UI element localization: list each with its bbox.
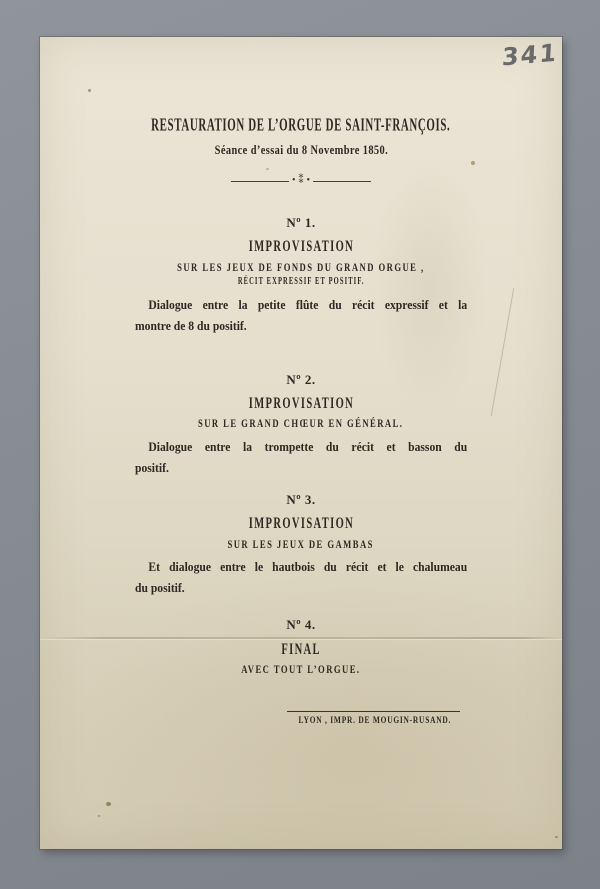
section-4-subheading-1: AVEC TOUT L’ORGUE. [40, 663, 562, 677]
section-2-body-line-2: positif. [135, 457, 467, 478]
section-2-heading-text: IMPROVISATION [248, 395, 353, 414]
paper-crease-line [40, 637, 562, 639]
divider-dot-left-icon: • [292, 176, 296, 186]
section-4-subheading-1-text: AVEC TOUT L’ORGUE. [241, 663, 360, 677]
section-3-subheading-1: SUR LES JEUX DE GAMBAS [40, 538, 562, 552]
paper-stain [106, 802, 111, 806]
section-3-heading: IMPROVISATION [40, 515, 562, 533]
section-3-subheading-1-text: SUR LES JEUX DE GAMBAS [228, 538, 374, 552]
divider-center-icon: ⁑ [299, 176, 304, 186]
section-2-body-line-1: Dialogue entre la trompette du récit et … [135, 436, 467, 457]
section-1-number: Nº 1. [40, 216, 562, 231]
section-2-subheading-1: SUR LE GRAND CHŒUR EN GÉNÉRAL. [40, 417, 562, 431]
section-1-subheading-1: SUR LES JEUX DE FONDS DU GRAND ORGUE , [40, 261, 562, 275]
divider-line-right [313, 181, 371, 182]
imprint-rule [287, 711, 460, 712]
imprint-text: LYON , IMPR. DE MOUGIN-RUSAND. [277, 716, 470, 726]
document-title-text: RESTAURATION DE L’ORGUE DE SAINT-FRANÇOI… [151, 114, 450, 135]
document-subtitle-text: Séance d’essai du 8 Novembre 1850. [214, 143, 387, 158]
section-4-heading: FINAL [40, 641, 562, 659]
divider-line-left [231, 181, 289, 182]
section-2-heading: IMPROVISATION [40, 395, 562, 413]
section-4-number: Nº 4. [40, 618, 562, 633]
section-3-heading-text: IMPROVISATION [248, 515, 353, 534]
document-title: RESTAURATION DE L’ORGUE DE SAINT-FRANÇOI… [40, 115, 562, 135]
paper-stain [88, 89, 91, 92]
section-1-heading-text: IMPROVISATION [248, 238, 353, 257]
section-2-number: Nº 2. [40, 373, 562, 388]
section-3-number: Nº 3. [40, 493, 562, 508]
page-background: { "document": { "archive_number": "341",… [0, 0, 600, 889]
paper-stain [98, 815, 100, 817]
section-3-body-line-2: du positif. [135, 577, 467, 598]
divider-ornament: • ⁑ • [40, 176, 562, 186]
paper-stain [555, 836, 558, 838]
divider-dot-right-icon: • [307, 176, 311, 186]
section-1-subheading-2-text: RÉCIT EXPRESSIF ET POSITIF. [238, 276, 365, 288]
archive-number-handwritten: 341 [501, 38, 558, 71]
section-1-heading: IMPROVISATION [40, 238, 562, 256]
imprint-text-content: LYON , IMPR. DE MOUGIN-RUSAND. [299, 716, 452, 726]
section-1-subheading-2: RÉCIT EXPRESSIF ET POSITIF. [40, 276, 562, 288]
document-subtitle: Séance d’essai du 8 Novembre 1850. [40, 143, 562, 158]
section-1-body-line-2: montre de 8 du positif. [135, 315, 467, 336]
section-4-heading-text: FINAL [281, 641, 321, 660]
document-paper: 341 RESTAURATION DE L’ORGUE DE SAINT-FRA… [40, 37, 562, 849]
section-1-subheading-1-text: SUR LES JEUX DE FONDS DU GRAND ORGUE , [177, 261, 424, 275]
paper-stain [266, 168, 269, 170]
section-3-body-line-1: Et dialogue entre le hautbois du récit e… [135, 556, 467, 577]
section-2-subheading-1-text: SUR LE GRAND CHŒUR EN GÉNÉRAL. [198, 417, 403, 431]
section-1-body-line-1: Dialogue entre la petite flûte du récit … [135, 294, 467, 315]
paper-stain [471, 161, 475, 165]
